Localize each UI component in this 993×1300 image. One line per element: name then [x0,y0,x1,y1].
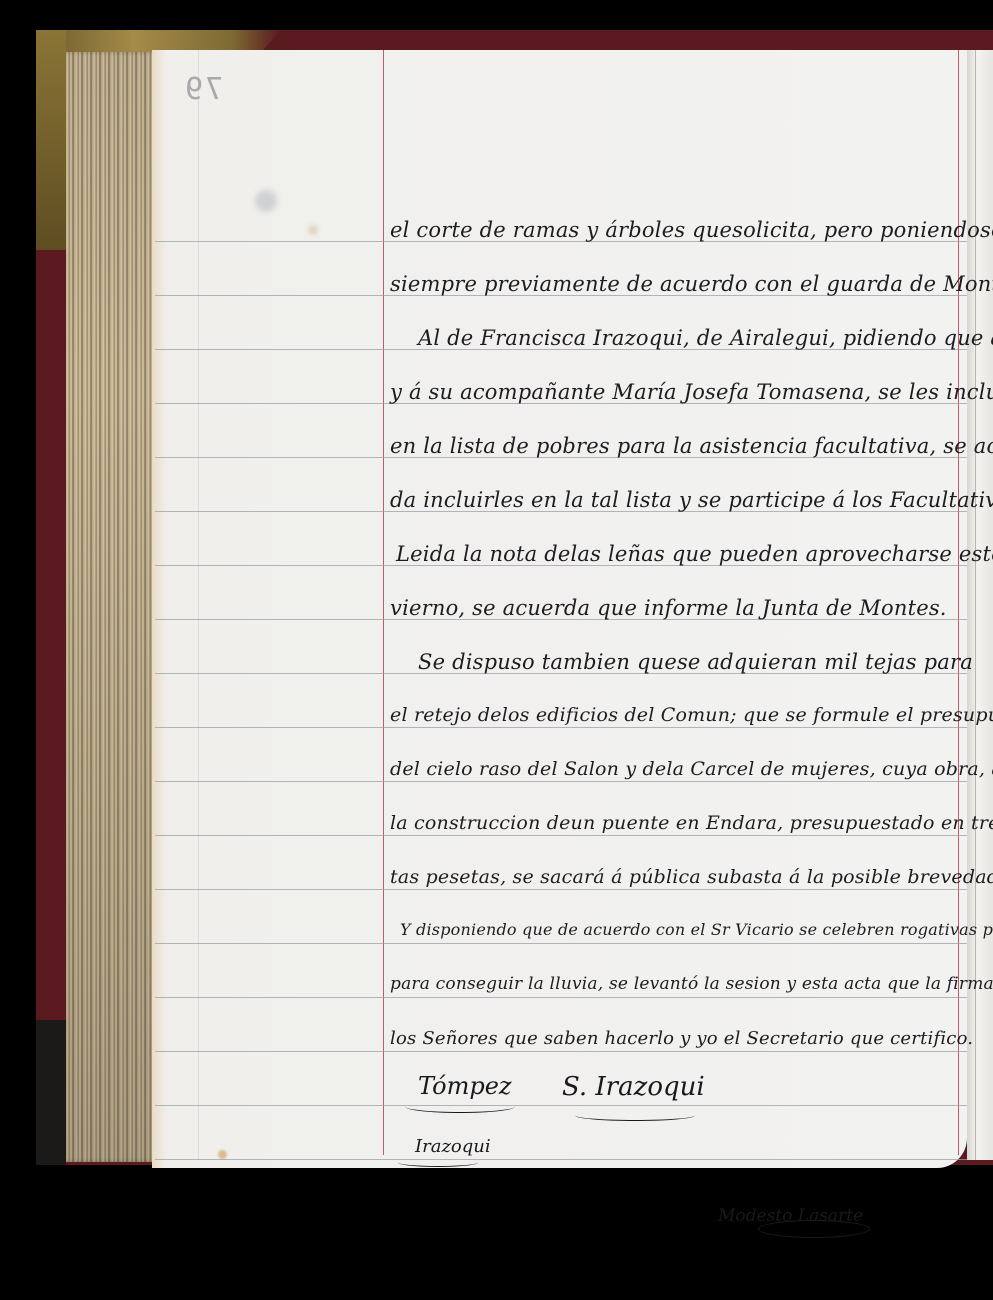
ruled-line [155,727,967,728]
text-line: Al de Francisca Irazoqui, de Airalegui, … [390,328,988,349]
ruled-line [155,889,967,890]
text-line: da incluirles en la tal lista y se parti… [390,490,960,511]
signature-flourish [405,1100,515,1113]
signature-flourish [398,1158,478,1167]
text-line: del cielo raso del Salon y dela Carcel d… [390,760,960,779]
text-line: en la lista de pobres para la asistencia… [390,436,960,457]
signature-2: S. Irazoqui [562,1072,705,1102]
cover-corner-bottom [36,1020,66,1165]
ruled-line [155,1051,967,1052]
page-edges-shade [66,52,156,1162]
signature-1: Tómpez [418,1072,512,1100]
text-line: siempre previamente de acuerdo con el gu… [390,274,960,295]
text-line: tas pesetas, se sacará á pública subasta… [390,868,960,887]
brass-corner-left [36,30,66,250]
ruled-line [155,835,967,836]
signature-flourish [758,1220,870,1238]
ruled-line [155,1105,967,1106]
text-line: los Señores que saben hacerlo y yo el Se… [390,1030,960,1048]
text-line: Y disponiendo que de acuerdo con el Sr V… [390,922,970,938]
text-line: y á su acompañante María Josefa Tomasena… [390,382,960,403]
ruled-line [155,1159,967,1160]
text-line: el corte de ramas y árboles quesolicita,… [390,220,960,241]
ruled-line [155,943,967,944]
stain [308,225,318,235]
ruled-line [155,997,967,998]
brass-corner-top [36,30,281,52]
text-line: la construccion deun puente en Endara, p… [390,814,960,833]
text-line: el retejo delos edificios del Comun; que… [390,706,960,725]
text-line: para conseguir la lluvia, se levantó la … [390,976,960,993]
stain [218,1150,227,1159]
background-dark [0,1262,993,1300]
ruled-line [155,781,967,782]
signature-3: Irazoqui [415,1136,491,1157]
text-line: Se dispuso tambien quese adquieran mil t… [390,652,988,673]
page-number: 79 [183,72,223,107]
stain [255,190,277,212]
faint-column-line [198,50,199,1160]
text-line: Leida la nota delas leñas que pueden apr… [390,544,966,565]
left-margin-rule [383,50,384,1155]
text-line: vierno, se acuerda que informe la Junta … [390,598,960,619]
signature-flourish [575,1110,695,1121]
